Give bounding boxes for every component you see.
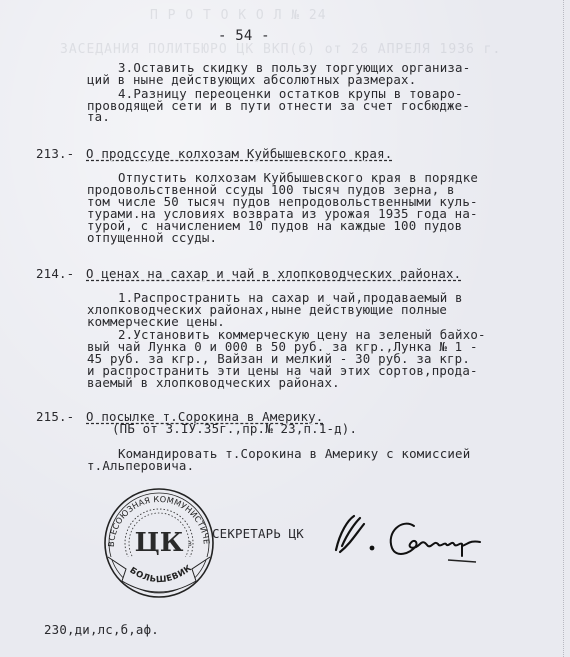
signature-label: СЕКРЕТАРЬ ЦК — [212, 528, 304, 539]
item-body-line: отпущенной ссуды. — [87, 232, 217, 243]
item-title: О ценах на сахар и чай в хлопководческих… — [86, 268, 461, 279]
page-number: - 54 - — [218, 31, 270, 42]
archival-document-page: П Р О Т О К О Л № 24 ЗАСЕДАНИЯ ПОЛИТБЮРО… — [0, 0, 570, 657]
continuation-line: ций в ныне действующих абсолютных размер… — [87, 74, 416, 85]
continuation-line: та. — [87, 111, 110, 122]
stamp-small-mark: 3 — [188, 541, 192, 548]
page-edge — [562, 0, 564, 657]
item-title: О продссуде колхозам Куйбышевского края. — [86, 148, 392, 159]
item-body-line: ваемый в хлопководческих районах. — [87, 377, 340, 388]
item-body-line: т.Альперовича. — [87, 460, 194, 471]
distribution-code: 230,ди,лс,б,аф. — [44, 624, 159, 635]
handwritten-signature: И. Сталин — [330, 510, 510, 570]
continuation-line: проводящей сети и в пути отнести за счет… — [87, 100, 470, 111]
item-number: 215.- — [36, 411, 74, 422]
item-reference: (ПБ от 3.IУ.35г.,пр.№ 23,п.1-д). — [112, 423, 357, 434]
bleed-through-title: П Р О Т О К О Л № 24 — [150, 8, 327, 23]
stamp-monogram: ЦК — [135, 528, 184, 558]
item-body-line: коммерческие цены. — [87, 316, 225, 327]
item-number: 213.- — [36, 148, 74, 159]
party-seal-stamp: ВСЕСОЮЗНАЯ КОММУНИСТИЧЕСКАЯ ПАРТИЯ БОЛЬШ… — [100, 487, 218, 599]
item-number: 214.- — [36, 268, 74, 279]
bleed-through-subtitle: ЗАСЕДАНИЯ ПОЛИТБЮРО ЦК ВКП(б) от 26 АПРЕ… — [60, 42, 501, 57]
